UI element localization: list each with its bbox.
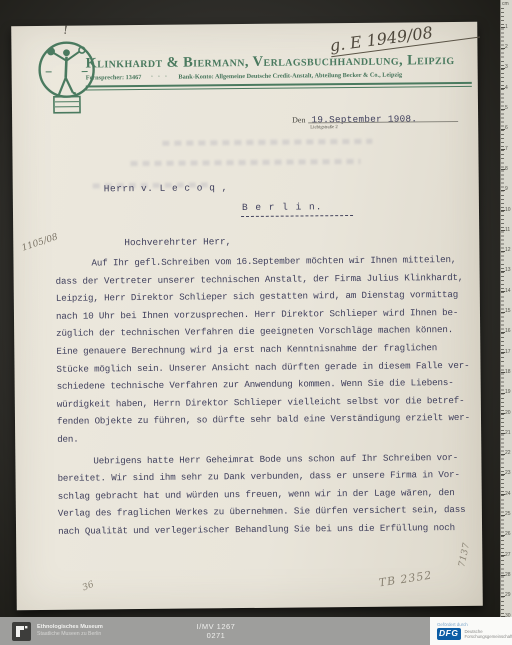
paragraph-2: Uebrigens hatte Herr Geheimrat Bode uns …	[57, 448, 484, 540]
typed-date: 19.September 1908.	[311, 113, 417, 125]
phone-number: Fernsprecher: 13467	[86, 74, 142, 82]
letter-sheet: ! Klinkhardt & Biermann, Verlagsbuchhand…	[11, 22, 483, 610]
salutation: Hochverehrter Herr,	[124, 236, 231, 248]
dfg-full-name: Deutsche Forschungsgemeinschaft	[464, 629, 512, 639]
scanned-letter-page: { "colors": { "letterhead_green": "#4a7a…	[0, 0, 512, 645]
street-address: Liebigstraße 2	[310, 125, 338, 130]
ruler-cm-number: 25	[505, 512, 511, 517]
inventory-block: I/MV 1267 0271	[0, 617, 432, 645]
ruler-cm-number: 4	[505, 86, 508, 91]
ruler-cm-number: 11	[505, 228, 510, 233]
ruler-cm-number: 24	[505, 492, 511, 497]
letterhead-details: Fernsprecher: 13467 ▫ ▫ ▫ Bank-Konto: Al…	[86, 71, 478, 82]
pencil-edge-number: 7137	[457, 542, 472, 568]
ruler-cm-number: 18	[505, 370, 511, 375]
pencil-margin-number: 1105/08	[21, 232, 60, 253]
digitization-footer: Ethnologisches Museum Staatliche Museen …	[0, 617, 512, 645]
company-name: Klinkhardt & Biermann, Verlagsbuchhandlu…	[85, 52, 477, 73]
ruler-cm-number: 1	[505, 25, 508, 30]
letter-body: Auf Ihr gefl.Schreiben vom 16.September …	[55, 251, 484, 541]
ruler-cm-number: 10	[505, 208, 511, 213]
ruler-cm-number: 20	[505, 411, 511, 416]
recipient-city: B e r l i n.	[242, 201, 323, 213]
ruler-cm-number: 9	[505, 187, 508, 192]
letterhead-separator: ▫ ▫ ▫	[151, 75, 169, 80]
inventory-number: I/MV 1267	[197, 622, 236, 631]
pencil-inventory-number: TB 2352	[378, 569, 433, 590]
ruler-cm-number: 22	[505, 451, 511, 456]
ruler-cm-number: 13	[505, 268, 511, 273]
paragraph-1: Auf Ihr gefl.Schreiben vom 16.September …	[55, 251, 483, 449]
ruler-cm-number: 2	[505, 45, 508, 50]
ruler-cm-number: 23	[505, 471, 511, 476]
bleed-through-line	[162, 139, 372, 146]
dfg-logo-icon: DFG	[437, 628, 461, 640]
ruler-cm-number: 8	[505, 167, 508, 172]
dfg-funding-panel: Gefördert durch DFG Deutsche Forschungsg…	[430, 617, 512, 645]
pencil-bottom-left-number: 36	[81, 580, 95, 594]
ruler-cm-number: 7	[505, 147, 508, 152]
ruler-cm-number: 3	[505, 65, 508, 70]
ruler-cm-number: 28	[505, 573, 511, 578]
scan-page-number: 0271	[207, 631, 226, 640]
ruler-cm-number: 12	[505, 248, 511, 253]
ruler-cm-number: 27	[505, 553, 511, 558]
funding-note: Gefördert durch	[437, 622, 512, 627]
ruler-cm-number: 6	[505, 126, 508, 131]
ruler-cm-number: 29	[505, 593, 511, 598]
ruler-cm-number: 26	[505, 532, 511, 537]
ruler-unit-label: cm	[502, 1, 509, 7]
ruler-cm-number: 21	[505, 431, 511, 436]
ruler-mm-ticks	[501, 8, 504, 617]
ruler-cm-number: 16	[505, 329, 511, 334]
date-prefix: Den	[292, 115, 305, 124]
typed-line: nach Qualität und verlegerischer Behandl…	[58, 519, 484, 541]
recipient-name: Herrn v. L e c o q ,	[104, 182, 228, 194]
ruler-cm-number: 14	[505, 289, 511, 294]
ruler-cm-number: 15	[505, 309, 511, 314]
ruler-cm-number: 5	[505, 106, 508, 111]
scan-ruler: cm 1234567891011121314151617181920212223…	[500, 0, 512, 617]
bleed-through-line	[131, 159, 361, 166]
dfg-name-line2: Forschungsgemeinschaft	[464, 634, 512, 639]
dateline: Den19.September 1908. Liebigstraße 2	[292, 108, 462, 128]
handwritten-exclamation: !	[62, 23, 68, 36]
ruler-cm-number: 17	[505, 350, 511, 355]
bank-account: Bank-Konto: Allgemeine Deutsche Credit-A…	[178, 71, 402, 80]
ruler-cm-number: 19	[505, 390, 511, 395]
recipient-underline	[241, 215, 353, 217]
